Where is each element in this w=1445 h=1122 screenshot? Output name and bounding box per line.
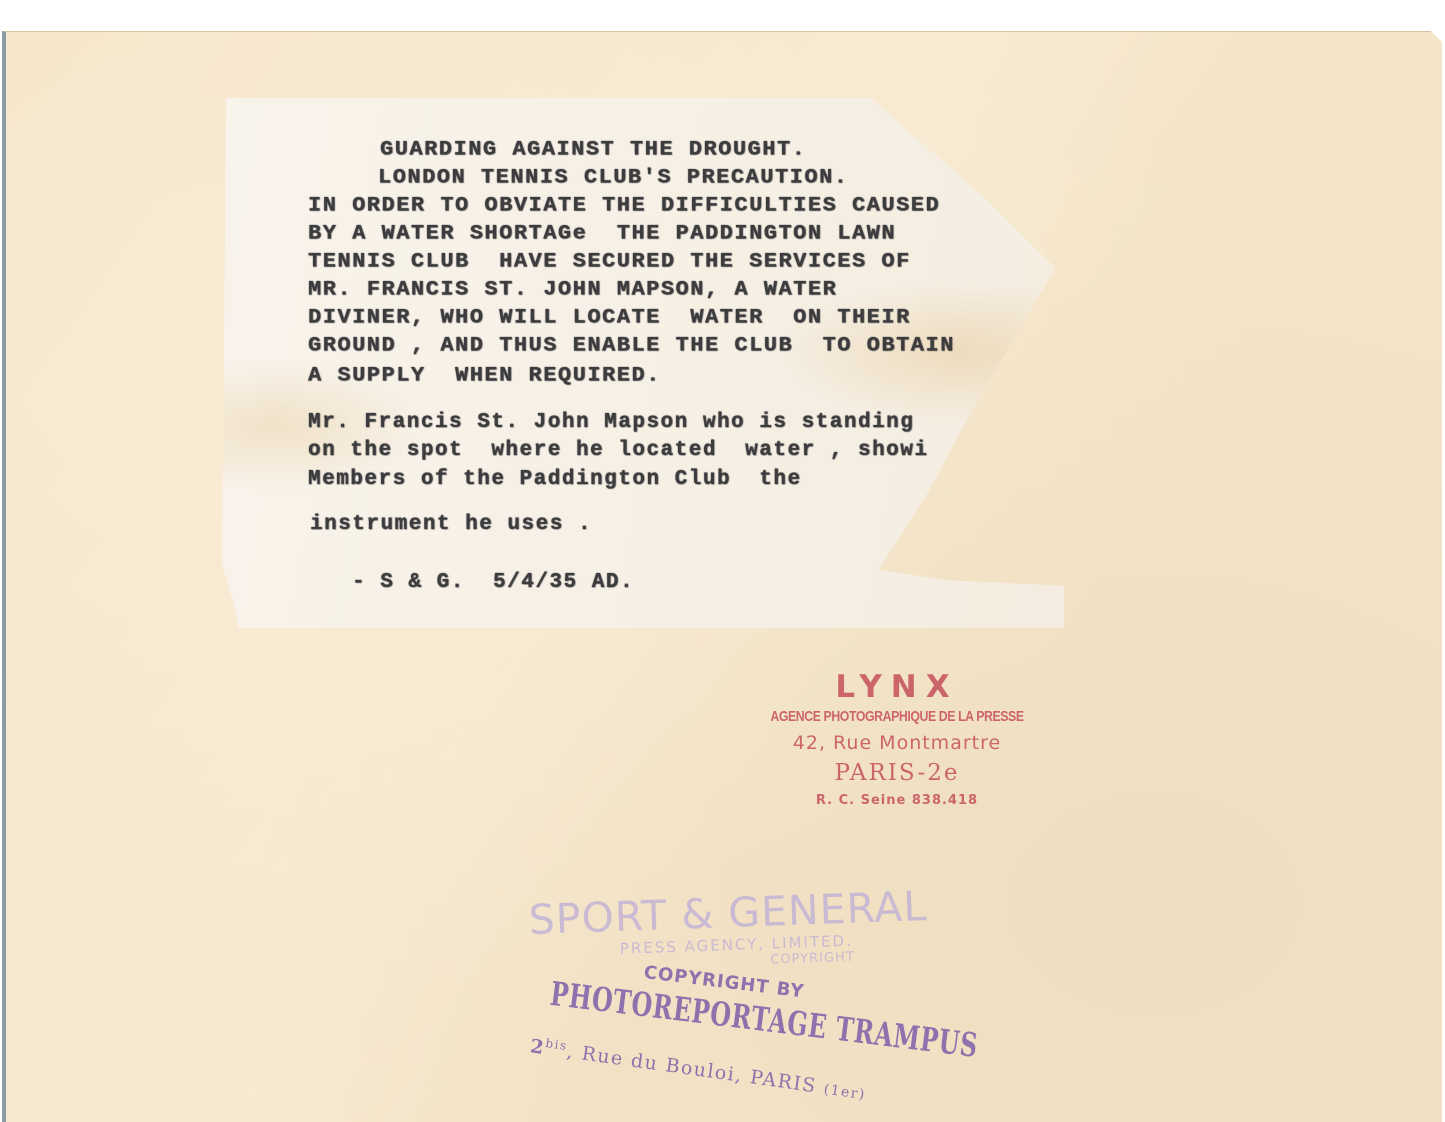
caption-body-line: IN ORDER TO OBVIATE THE DIFFICULTIES CAU…	[308, 194, 940, 218]
trampus-address-sup: bis	[545, 1036, 569, 1053]
caption-detail-line: Mr. Francis St. John Mapson who is stand…	[308, 410, 914, 436]
lynx-stamp-address: 42, Rue Montmartre	[732, 728, 1062, 758]
caption-body-line: A SUPPLY WHEN REQUIRED.	[308, 364, 661, 388]
lynx-stamp-city: PARIS-2e	[732, 758, 1062, 788]
lynx-stamp-name: LYNX	[732, 668, 1062, 706]
caption-detail-line: on the spot where he located water , sho…	[308, 438, 929, 464]
lynx-stamp: LYNX AGENCE PHOTOGRAPHIQUE DE LA PRESSE …	[732, 668, 1062, 814]
lynx-stamp-agency: AGENCE PHOTOGRAPHIQUE DE LA PRESSE	[762, 706, 1033, 728]
caption-body-line: TENNIS CLUB HAVE SECURED THE SERVICES OF	[308, 250, 911, 274]
caption-body-line: MR. FRANCIS ST. JOHN MAPSON, A WATER	[308, 278, 837, 302]
caption-body-line: DIVINER, WHO WILL LOCATE WATER ON THEIR	[308, 306, 911, 330]
caption-body-line: GROUND , AND THUS ENABLE THE CLUB TO OBT…	[308, 334, 955, 358]
caption-headline-1: GUARDING AGAINST THE DROUGHT.	[380, 138, 806, 162]
caption-credit-line: - S & G. 5/4/35 AD.	[352, 570, 634, 596]
caption-detail-line: instrument he uses .	[310, 512, 592, 538]
lynx-stamp-registry: R. C. Seine 838.418	[732, 788, 1062, 814]
caption-headline-2: LONDON TENNIS CLUB'S PRECAUTION.	[378, 166, 848, 190]
caption-body-line: BY A WATER SHORTAGe THE PADDINGTON LAWN	[308, 222, 896, 246]
caption-detail-line: Members of the Paddington Club the	[308, 467, 802, 493]
trampus-address-number: 2	[529, 1035, 547, 1059]
